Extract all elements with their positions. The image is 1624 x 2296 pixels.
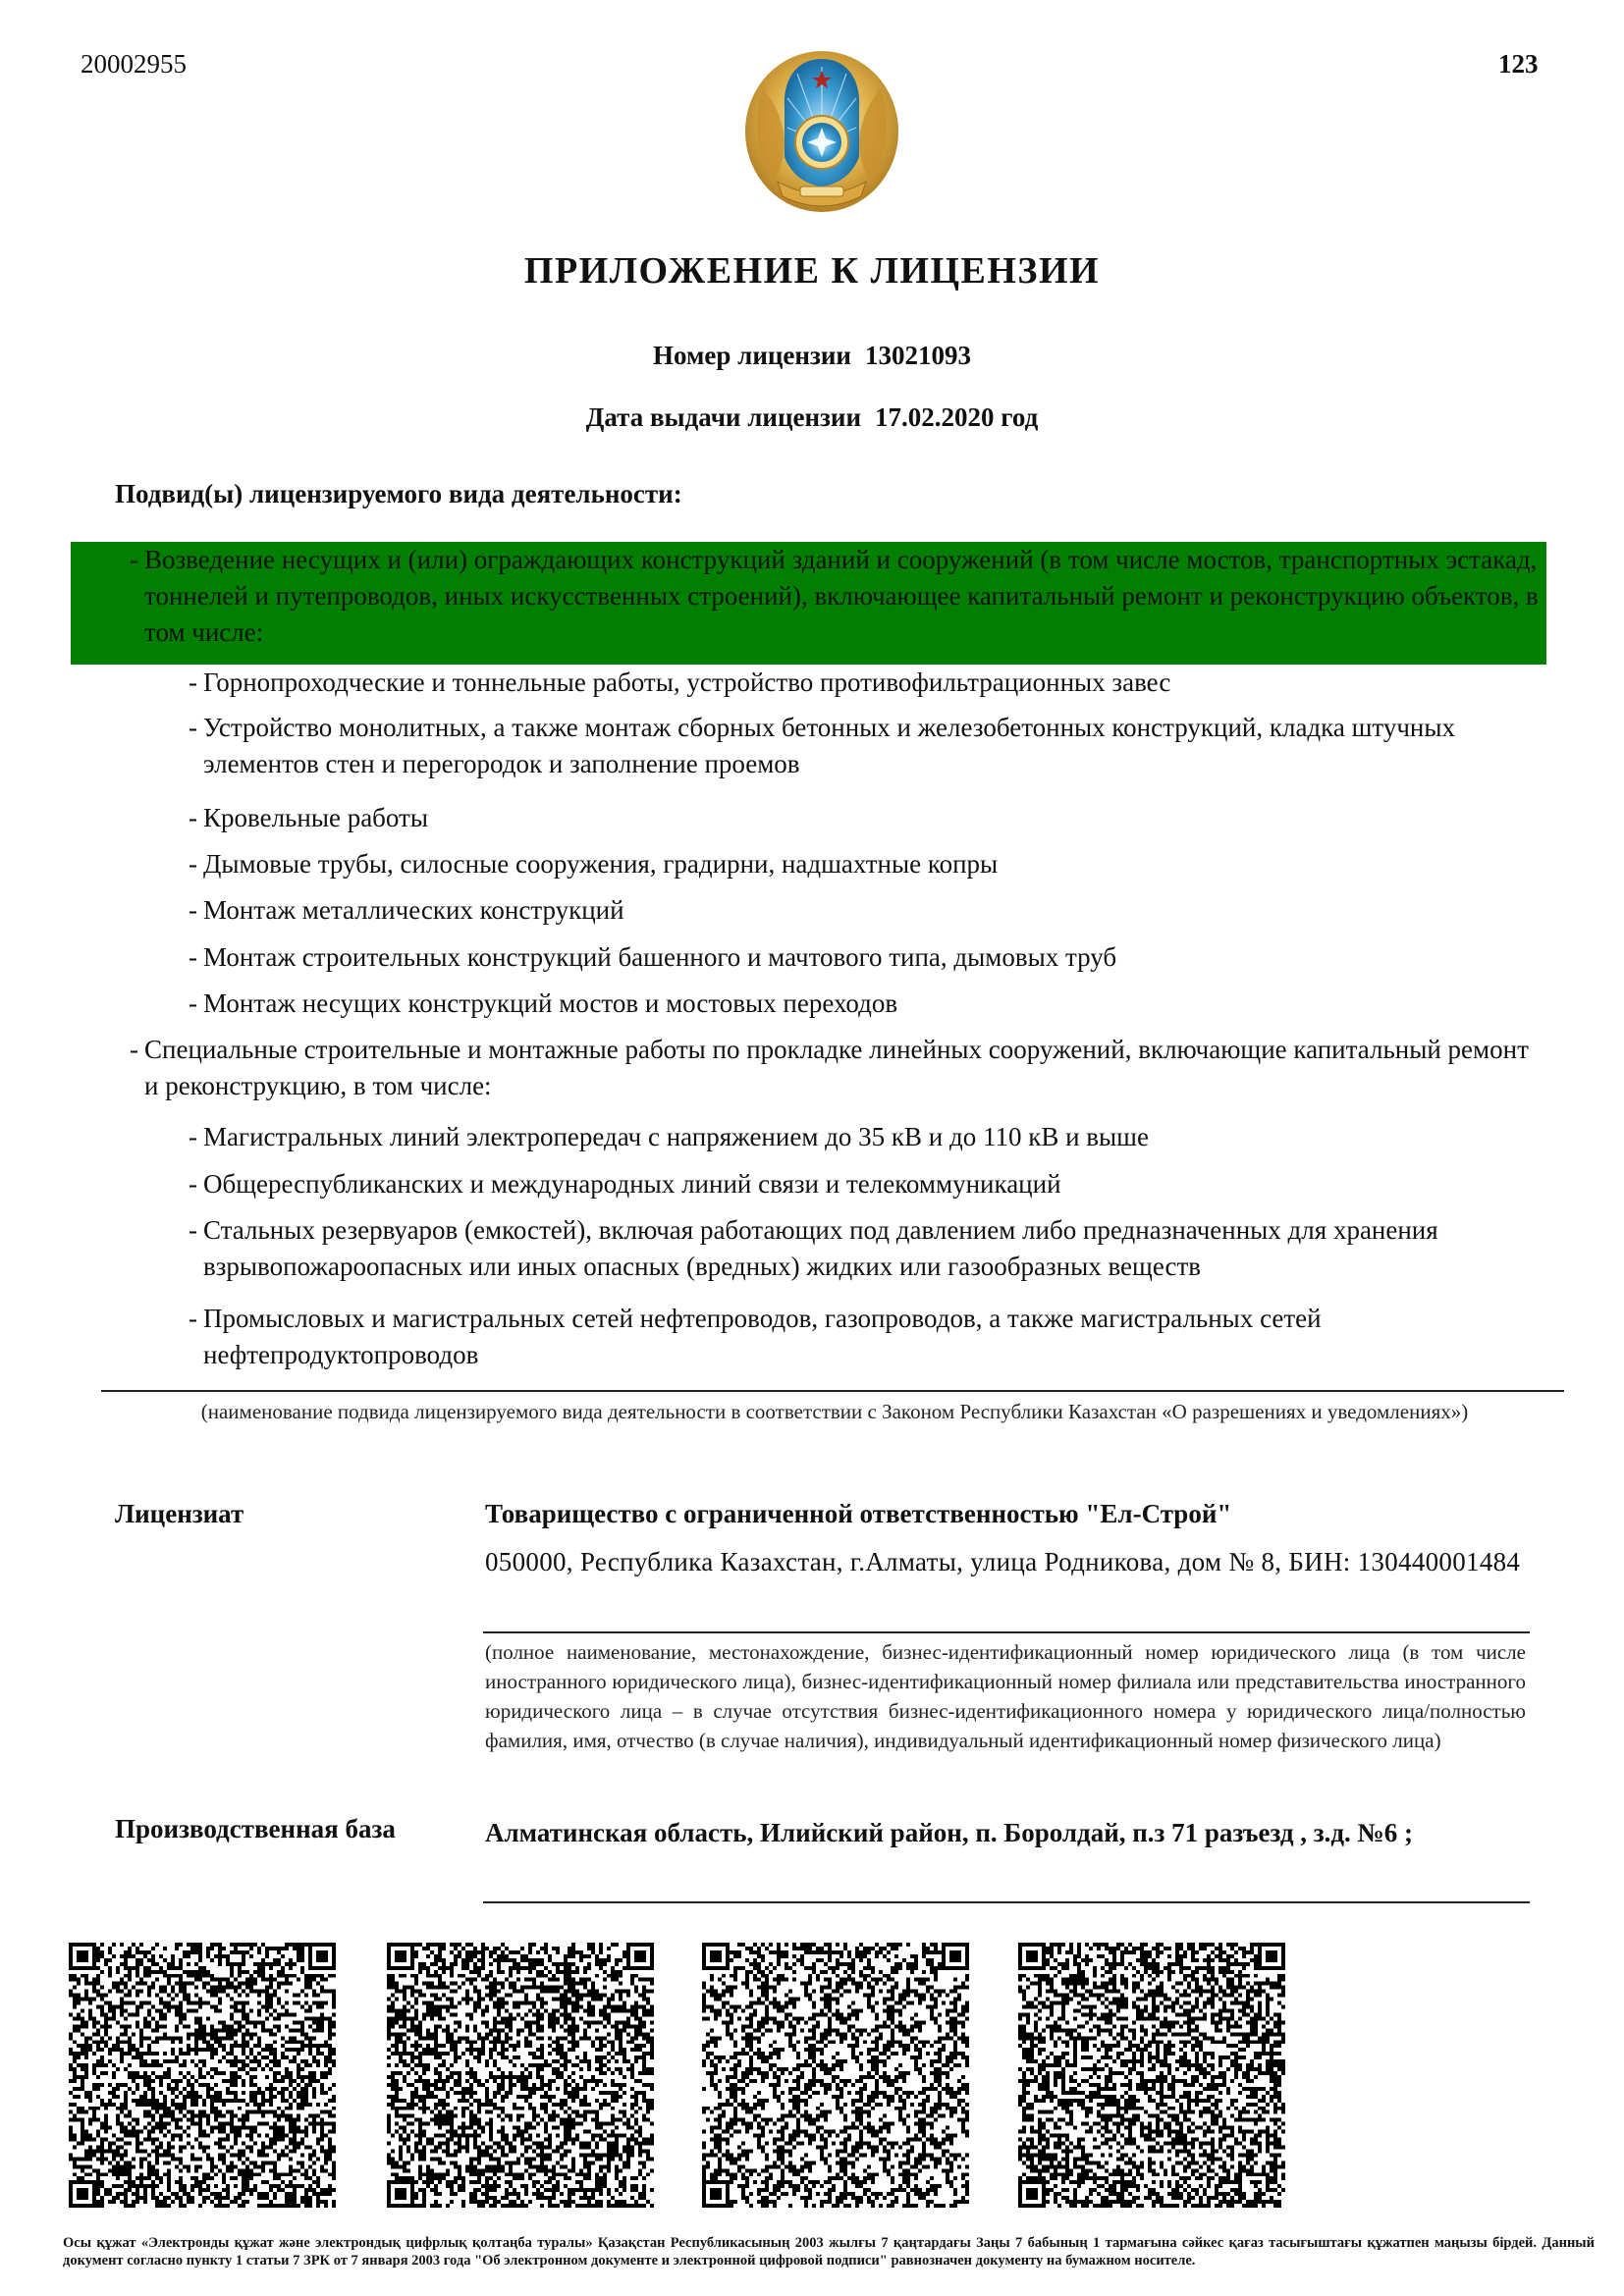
list-dash: - [189, 939, 197, 976]
activity-subitem: -Монтаж строительных конструкций башенно… [203, 939, 1548, 976]
production-base-value: Алматинская область, Илийский район, п. … [485, 1814, 1530, 1851]
activity-subitem-text: Промысловых и магистральных сетей нефтеп… [203, 1304, 1322, 1369]
license-date-row: Дата выдачи лицензии17.02.2020 год [0, 402, 1624, 433]
activity-group-text: Возведение несущих и (или) ограждающих к… [144, 545, 1539, 647]
list-dash: - [189, 710, 197, 746]
activity-subitem: -Монтаж металлических конструкций [203, 892, 1548, 929]
activity-subitem: -Устройство монолитных, а также монтаж с… [203, 710, 1548, 782]
activity-subitem: -Стальных резервуаров (емкостей), включа… [203, 1212, 1548, 1285]
licensee-label: Лицензиат [115, 1499, 244, 1529]
legal-footer: Осы құжат «Электронды құжат және электро… [63, 2234, 1595, 2269]
activities-heading: Подвид(ы) лицензируемого вида деятельнос… [115, 479, 682, 509]
license-number-label: Номер лицензии [653, 341, 851, 370]
license-date-label: Дата выдачи лицензии [586, 402, 861, 432]
qr-code-icon [387, 1943, 654, 2208]
activity-subitem-text: Стальных резервуаров (емкостей), включая… [203, 1215, 1438, 1281]
list-dash: - [189, 1119, 197, 1155]
divider [483, 1631, 1530, 1633]
licensee-footnote: (полное наименование, местонахождение, б… [485, 1637, 1526, 1755]
activity-subitem: -Промысловых и магистральных сетей нефте… [203, 1301, 1548, 1373]
page-title: ПРИЛОЖЕНИЕ К ЛИЦЕНЗИИ [0, 249, 1624, 293]
qr-code-icon [702, 1943, 969, 2208]
activity-subitem: -Монтаж несущих конструкций мостов и мос… [203, 986, 1548, 1022]
activity-subitem: -Горнопроходческие и тоннельные работы, … [203, 665, 1548, 701]
activity-group: - Возведение несущих и (или) ограждающих… [144, 542, 1539, 651]
activity-subitem-text: Горнопроходческие и тоннельные работы, у… [203, 667, 1170, 697]
license-number-row: Номер лицензии13021093 [0, 341, 1624, 371]
qr-code-icon [69, 1943, 336, 2208]
activity-subitem: -Дымовые трубы, силосные сооружения, гра… [203, 846, 1548, 882]
list-dash: - [189, 1166, 197, 1202]
activity-group: - Специальные строительные и монтажные р… [144, 1032, 1539, 1104]
document-number: 20002955 [81, 49, 187, 80]
list-dash: - [130, 542, 138, 578]
list-dash: - [189, 1301, 197, 1337]
activity-subitem-text: Общереспубликанских и международных лини… [203, 1169, 1061, 1199]
list-dash: - [189, 892, 197, 929]
activity-subitem-text: Магистральных линий электропередач с нап… [203, 1122, 1149, 1151]
list-dash: - [130, 1032, 138, 1068]
activity-subitem-text: Монтаж строительных конструкций башенног… [203, 942, 1116, 972]
license-number-value: 13021093 [865, 341, 971, 370]
activity-subitem: -Магистральных линий электропередач с на… [203, 1119, 1548, 1155]
activity-subitem-text: Устройство монолитных, а также монтаж сб… [203, 713, 1455, 778]
page-number: 123 [1498, 49, 1539, 80]
activity-subitem: -Кровельные работы [203, 800, 1548, 836]
activity-group-text: Специальные строительные и монтажные раб… [144, 1035, 1529, 1100]
list-dash: - [189, 986, 197, 1022]
production-base-label: Производственная база [115, 1814, 396, 1844]
activities-footnote: (наименование подвида лицензируемого вид… [108, 1398, 1561, 1426]
list-dash: - [189, 846, 197, 882]
qr-code-icon [1018, 1943, 1285, 2208]
divider [483, 1901, 1530, 1903]
state-emblem-icon [743, 49, 900, 214]
activity-subitem-text: Монтаж несущих конструкций мостов и мост… [203, 988, 897, 1018]
divider [101, 1390, 1564, 1392]
activity-subitem-text: Монтаж металлических конструкций [203, 895, 624, 925]
activity-subitem-text: Дымовые трубы, силосные сооружения, град… [203, 849, 998, 879]
activity-subitem-text: Кровельные работы [203, 803, 428, 832]
licensee-address: 050000, Республика Казахстан, г.Алматы, … [485, 1544, 1526, 1580]
licensee-name: Товарищество с ограниченной ответственно… [485, 1499, 1231, 1529]
list-dash: - [189, 665, 197, 701]
license-date-value: 17.02.2020 год [875, 402, 1038, 432]
activity-subitem: -Общереспубликанских и международных лин… [203, 1166, 1548, 1202]
list-dash: - [189, 1212, 197, 1249]
list-dash: - [189, 800, 197, 836]
